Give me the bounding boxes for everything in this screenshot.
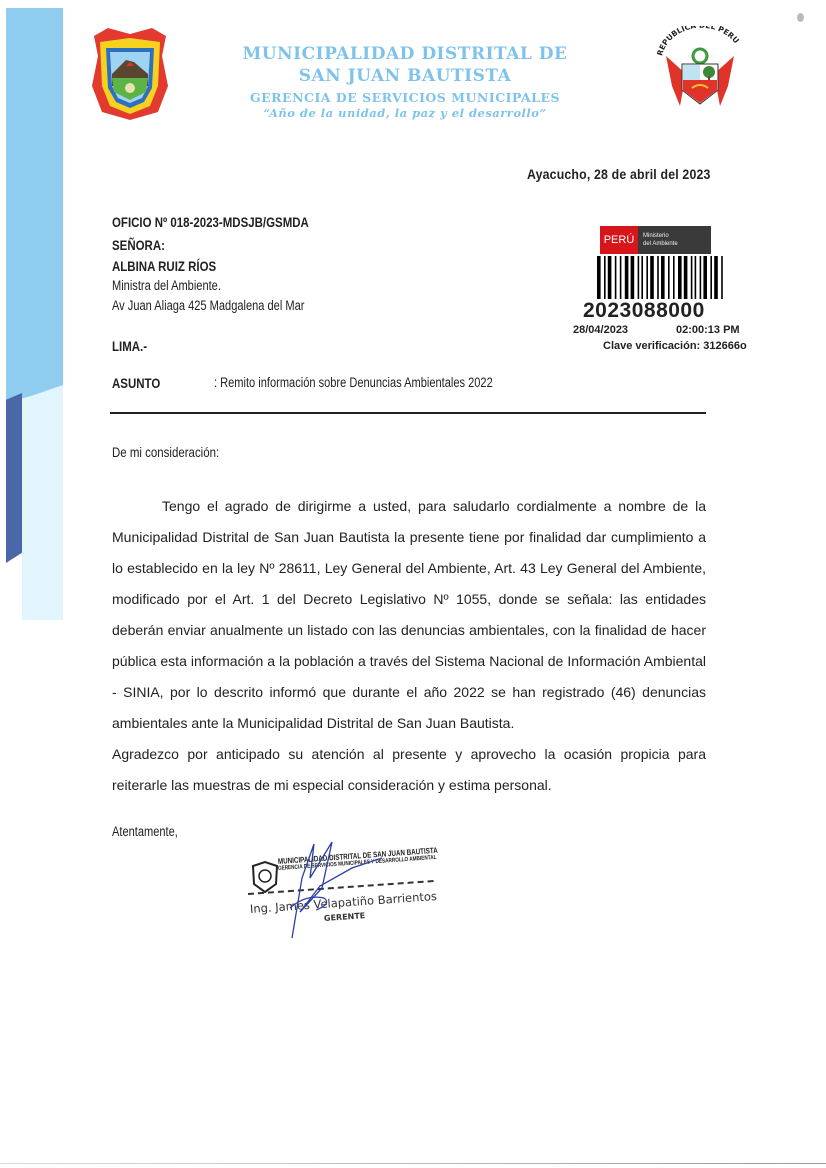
subject-label: ASUNTO — [112, 375, 160, 391]
body-paragraph-1: Tengo el agrado de dirigirme a usted, pa… — [112, 491, 706, 739]
municipal-shield-icon — [88, 26, 172, 122]
body-paragraph-2: Agradezco por anticipado su atención al … — [112, 739, 706, 801]
letterhead-motto: “Año de la unidad, la paz y el desarroll… — [200, 106, 610, 120]
oficio-number: OFICIO Nº 018-2023-MDSJB/GSMDA — [112, 214, 309, 230]
letterhead-department: GERENCIA DE SERVICIOS MUNICIPALES — [200, 90, 610, 105]
brand-ministry-line1: Ministerio — [643, 232, 711, 240]
subject-text: : Remito información sobre Denuncias Amb… — [214, 375, 493, 390]
reception-date: 28/04/2023 — [573, 324, 628, 336]
recipient-role: Ministra del Ambiente. — [112, 278, 221, 293]
divider — [110, 412, 706, 414]
brand-ministry: Ministerio del Ambiente — [638, 226, 711, 254]
letterhead-stripe-pale — [22, 385, 63, 620]
barcode-icon — [597, 256, 727, 299]
reception-time: 02:00:13 PM — [676, 324, 740, 336]
brand-peru: PERÚ — [600, 226, 638, 254]
peru-coat-of-arms-icon: REPUBLICA DEL PERU — [652, 26, 748, 112]
letterhead-stripe-dark — [6, 393, 22, 563]
recipient-name: ALBINA RUIZ RÍOS — [112, 258, 216, 274]
letter-date: Ayacucho, 28 de abril del 2023 — [527, 166, 711, 182]
letter-body: Tengo el agrado de dirigirme a usted, pa… — [112, 491, 706, 801]
svg-text:REPUBLICA DEL PERU: REPUBLICA DEL PERU — [655, 26, 741, 57]
ministry-brand-block: PERÚ Ministerio del Ambiente — [600, 226, 711, 254]
coat-of-arms-caption: REPUBLICA DEL PERU — [655, 26, 741, 57]
letterhead-title-line2: SAN JUAN BAUTISTA — [200, 66, 610, 86]
handwritten-signature-icon — [262, 838, 392, 942]
verification-key: Clave verificación: 312666o — [603, 340, 747, 352]
closing: Atentamente, — [112, 824, 192, 839]
letterhead-title-line1: MUNICIPALIDAD DISTRITAL DE — [200, 44, 610, 64]
letterhead-stripe-light — [6, 8, 63, 403]
salutation-title: SEÑORA: — [112, 237, 165, 253]
tracking-number: 2023088000 — [583, 299, 705, 323]
recipient-city: LIMA.- — [112, 338, 147, 354]
greeting: De mi consideración: — [112, 437, 706, 468]
scan-edge — [0, 1163, 826, 1164]
scan-artifact — [797, 13, 804, 22]
brand-ministry-line2: del Ambiente — [643, 240, 711, 248]
closing-text: Atentamente, — [112, 824, 178, 839]
greeting-text: De mi consideración: — [112, 437, 219, 468]
recipient-address: Av Juan Aliaga 425 Madgalena del Mar — [112, 298, 304, 313]
